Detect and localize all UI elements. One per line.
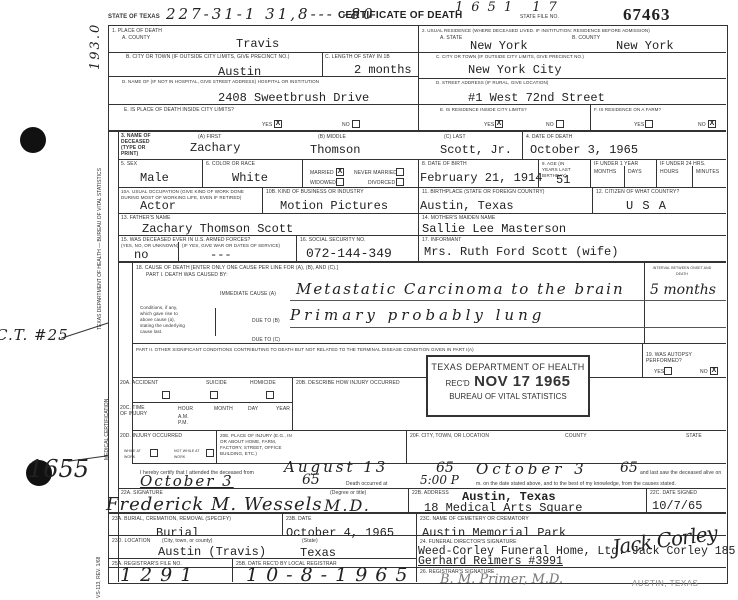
sex-value: Male	[140, 172, 169, 185]
divider	[406, 430, 407, 463]
rule	[118, 235, 726, 236]
city-value: Austin	[218, 66, 261, 79]
divider	[656, 159, 657, 187]
under24-label: IF UNDER 24 HRS.	[660, 161, 706, 167]
yes-label: YES	[484, 122, 494, 128]
last-label: (c) Last	[444, 134, 466, 140]
divider	[292, 377, 293, 430]
hospital-label: d. NAME OF (If not in hospital, give str…	[122, 79, 319, 85]
farm-label: f. IS RESIDENCE ON A FARM?	[594, 107, 661, 113]
yes-label: YES	[634, 122, 644, 128]
rule	[290, 300, 726, 301]
rule	[108, 76, 418, 77]
cert-to-year: 65	[620, 460, 638, 476]
location-label: 23d. LOCATION	[112, 538, 150, 544]
ssn-label: 16. SOCIAL SECURITY NO.	[300, 237, 366, 243]
rule	[118, 213, 726, 214]
registrar-stamp: AUSTIN, TEXAS	[632, 579, 698, 588]
dob-label: 8. DATE OF BIRTH	[422, 161, 467, 167]
suicide-label: SUICIDE	[206, 380, 227, 386]
certificate-title: CERTIFICATE OF DEATH	[338, 10, 463, 21]
stay-label: c. LENGTH OF STAY in 1b	[325, 54, 390, 60]
state-label: STATE OF TEXAS	[108, 14, 160, 20]
rule	[418, 78, 726, 79]
res-state-label: a. STATE	[440, 35, 462, 41]
stamp-line3: BUREAU OF VITAL STATISTICS	[428, 392, 588, 401]
first-name: Zachary	[190, 142, 240, 155]
res-city-label: c. CITY OR TOWN (If outside city limits,…	[436, 54, 584, 60]
part2-label: PART II. OTHER SIGNIFICANT CONDITIONS CO…	[136, 347, 474, 353]
due-b-label: DUE TO (b)	[252, 318, 280, 324]
divider	[692, 166, 693, 187]
rule	[108, 104, 418, 105]
divider	[416, 512, 417, 582]
inj-county-label: COUNTY	[565, 433, 587, 439]
res-inside-yes-checkbox[interactable]: X	[495, 120, 503, 128]
rule-heavy	[108, 512, 726, 514]
conditions-label: Conditions, if any, which gave rise to a…	[140, 305, 190, 335]
state-file-no: 67463	[623, 5, 671, 25]
farm-yes-checkbox[interactable]	[645, 120, 653, 128]
rule	[132, 402, 292, 403]
divider	[282, 512, 283, 535]
rule	[108, 558, 416, 559]
margin-form-no: VS-113, REV. 1/68	[96, 557, 102, 598]
burial-type-label: 23a. BURIAL, CREMATION, REMOVAL (Specify…	[112, 516, 231, 522]
stamp-line1: TEXAS DEPARTMENT OF HEALTH	[428, 362, 588, 372]
suicide-checkbox[interactable]	[210, 391, 218, 399]
months-label: Months	[594, 169, 616, 175]
cemetery-label: 23c. NAME OF CEMETERY OR CREMATORY	[420, 516, 529, 522]
accident-label: 20a. ACCIDENT	[120, 380, 158, 386]
ssn-value: 072-144-349	[306, 247, 392, 260]
rule	[132, 430, 726, 431]
autopsy-yes-checkbox[interactable]	[664, 367, 672, 375]
describe-label: 20b. DESCRIBE HOW INJURY OCCURRED	[296, 380, 400, 386]
occupation-value: Actor	[140, 200, 176, 213]
cert-last-seen-label: and last saw the deceased alive on	[640, 470, 721, 476]
inside-city-no-checkbox[interactable]	[352, 120, 360, 128]
armed-sub1: (Yes, no, or unknown)	[121, 243, 179, 249]
while-work-label: WHILE AT WORK	[124, 448, 146, 460]
divider	[418, 213, 419, 235]
divorced-checkbox[interactable]	[396, 178, 404, 186]
widowed-label: Widowed	[310, 180, 336, 186]
never-married-label: Never Married	[354, 170, 397, 176]
divider	[178, 242, 179, 261]
divider	[646, 488, 647, 512]
farm-divider	[590, 104, 591, 130]
accident-checkbox[interactable]	[162, 391, 170, 399]
rule	[108, 52, 418, 53]
not-work-label: NOT WHILE AT WORK	[174, 448, 200, 460]
citizen-label: 12. CITIZEN OF WHAT COUNTRY?	[596, 189, 679, 195]
inside-city-yes-checkbox[interactable]: X	[274, 120, 282, 128]
divorced-label: Divorced	[368, 180, 395, 186]
date-signed-label: 22c. DATE SIGNED	[650, 490, 697, 496]
location-state-sub: (State)	[302, 538, 318, 544]
margin-vertical-title: TEXAS DEPARTMENT OF HEALTH — BUREAU OF V…	[97, 168, 103, 330]
occurred-label: 20d. INJURY OCCURRED	[120, 433, 182, 439]
birthplace-value: Austin, Texas	[420, 200, 514, 213]
due-b-value: Primary probably lung	[290, 306, 545, 324]
race-label: 6. COLOR OR RACE	[206, 161, 255, 167]
sex-label: 5. SEX	[121, 161, 137, 167]
part1-label: PART I. DEATH WAS CAUSED BY:	[146, 272, 228, 278]
divider	[418, 159, 419, 187]
interval-value: 5 months	[650, 282, 716, 298]
first-label: (a) First	[198, 134, 221, 140]
res-city-value: New York City	[468, 64, 562, 77]
cert-to-year-2: 65	[302, 472, 320, 488]
farm-no-checkbox[interactable]: X	[708, 120, 716, 128]
burial-date-label: 23b. DATE	[286, 516, 312, 522]
res-street-label: d. STREET ADDRESS (If rural, give locati…	[436, 80, 548, 86]
location-label: 20f. CITY, TOWN, OR LOCATION	[410, 433, 489, 439]
divider	[232, 558, 233, 582]
stamp-recd: REC'D	[445, 379, 469, 388]
dod-value: October 3, 1965	[530, 144, 638, 157]
middle-label: (b) Middle	[318, 134, 346, 140]
divider	[216, 430, 217, 463]
father-label: 13. FATHER'S NAME	[121, 215, 171, 221]
married-checkbox[interactable]: X	[336, 168, 344, 176]
month-label: Month	[214, 406, 233, 412]
autopsy-no-label: NO	[700, 369, 708, 375]
hour-label: Hour	[178, 406, 193, 412]
dob-value: February 21, 1914	[420, 172, 542, 185]
homicide-label: HOMICIDE	[250, 380, 276, 386]
received-stamp: TEXAS DEPARTMENT OF HEALTH REC'D NOV 17 …	[426, 355, 590, 417]
place-label: 20e. PLACE OF INJURY (e.g., in or about …	[220, 433, 300, 457]
business-label: 10b. KIND OF BUSINESS OR INDUSTRY	[266, 189, 364, 195]
divider	[538, 159, 539, 187]
divider	[408, 488, 409, 512]
yes-label: YES	[262, 122, 272, 128]
location-sub: (City, town, or county)	[162, 538, 213, 544]
race-value: White	[232, 172, 268, 185]
res-inside-label: e. IS RESIDENCE INSIDE CITY LIMITS?	[440, 107, 527, 113]
business-value: Motion Pictures	[280, 200, 388, 213]
days-label: Days	[628, 169, 642, 175]
divider	[624, 166, 625, 187]
autopsy-yes-label: YES	[654, 369, 664, 375]
rule	[118, 159, 726, 160]
stay-divider	[322, 52, 323, 76]
registrar-signature: B. M. Primer, M.D.	[440, 572, 563, 587]
margin-handwritten-top: 193.0	[88, 23, 103, 70]
homicide-checkbox[interactable]	[266, 391, 274, 399]
autopsy-label: 19. WAS AUTOPSY PERFORMED?	[646, 352, 716, 364]
divider	[522, 130, 523, 159]
rule	[118, 187, 726, 188]
informant-value: Mrs. Ruth Ford Scott (wife)	[424, 246, 618, 259]
never-married-checkbox[interactable]	[396, 168, 404, 176]
birthplace-label: 11. BIRTHPLACE (State or foreign country…	[422, 189, 545, 195]
middle-name: Thomson	[310, 144, 360, 157]
interval-label: INTERVAL BETWEEN ONSET AND DEATH	[652, 265, 712, 277]
rule-heavy	[108, 130, 726, 132]
rule	[418, 52, 726, 53]
citizen-value: U S A	[626, 200, 667, 213]
registrar-file-value: 1291	[120, 564, 200, 586]
ampm-label: a.m. p.m.	[178, 414, 190, 426]
res-county-label: b. COUNTY	[572, 35, 600, 41]
time-label: 20c. TIME OF INJURY	[120, 405, 150, 417]
county-label: a. COUNTY	[122, 35, 150, 41]
last-name: Scott, Jr.	[440, 144, 512, 157]
divider	[592, 187, 593, 213]
handwritten-top-number: 1651 17	[455, 0, 565, 15]
cause-label: 18. CAUSE OF DEATH [Enter only one cause…	[136, 265, 338, 271]
rule	[290, 327, 726, 328]
minutes-label: Minutes	[696, 169, 719, 175]
date-recd-value: 10-8-1965	[246, 564, 415, 586]
bracket	[212, 308, 216, 336]
married-label: Married	[310, 170, 334, 176]
mother-label: 14. MOTHER'S MAIDEN NAME	[422, 215, 495, 221]
hours-label: Hours	[660, 169, 679, 175]
county-value: Travis	[236, 38, 279, 51]
no-label: NO	[698, 122, 706, 128]
immediate-cause: Metastatic Carcinoma to the brain	[296, 280, 625, 298]
no-label: NO	[342, 122, 350, 128]
punch-hole-top	[20, 127, 46, 153]
rule	[418, 104, 726, 105]
name-label: 3. NAME OF DECEASED (Type or print)	[121, 133, 161, 157]
no-label: NO	[546, 122, 554, 128]
state-file-label: STATE FILE NO.	[520, 14, 559, 20]
residence-label: 2. USUAL RESIDENCE (Where deceased lived…	[422, 28, 650, 34]
under1-label: IF UNDER 1 YEAR	[594, 161, 638, 167]
widowed-checkbox[interactable]	[336, 178, 344, 186]
stamp-date: NOV 17 1965	[474, 373, 570, 390]
cert-to-date: October 3	[476, 460, 588, 478]
rule	[118, 488, 726, 489]
res-inside-no-checkbox[interactable]	[556, 120, 564, 128]
cert-from-date: August 13	[284, 458, 388, 476]
place-of-death-label: 1. PLACE OF DEATH	[112, 28, 162, 34]
city-label: b. CITY OR TOWN (If outside city limits,…	[126, 54, 290, 60]
immediate-label: IMMEDIATE CAUSE (a)	[220, 291, 276, 297]
divider	[418, 187, 419, 213]
cert-time: 5:00 P	[420, 473, 459, 487]
death-occurred-label: Death occurred at	[346, 481, 387, 487]
divider	[262, 187, 263, 213]
rule-heavy	[118, 261, 726, 263]
not-work-checkbox[interactable]	[206, 449, 214, 457]
autopsy-no-checkbox[interactable]: X	[710, 367, 718, 375]
divider	[590, 159, 591, 187]
margin-handwritten-ct: C.T. #25	[0, 326, 69, 344]
year-label: Year	[276, 406, 290, 412]
address-label: 22b. ADDRESS	[412, 490, 449, 496]
inj-state-label: STATE	[686, 433, 702, 439]
cert-statement-2: m. on the date stated above, and to the …	[476, 481, 676, 487]
age-value: 51	[556, 174, 570, 187]
rule	[132, 343, 726, 344]
inside-city-label: e. IS PLACE OF DEATH INSIDE CITY LIMITS?	[124, 107, 234, 113]
divider	[302, 159, 303, 187]
interval-divider	[644, 263, 645, 343]
dod-label: 4. DATE OF DEATH	[526, 134, 572, 140]
autopsy-divider	[642, 343, 643, 377]
divider	[296, 235, 297, 261]
divider	[418, 235, 419, 261]
informant-label: 17. INFORMANT	[422, 237, 461, 243]
divider	[202, 159, 203, 187]
rule	[108, 567, 726, 568]
while-work-checkbox[interactable]	[150, 449, 158, 457]
day-label: Day	[248, 406, 258, 412]
